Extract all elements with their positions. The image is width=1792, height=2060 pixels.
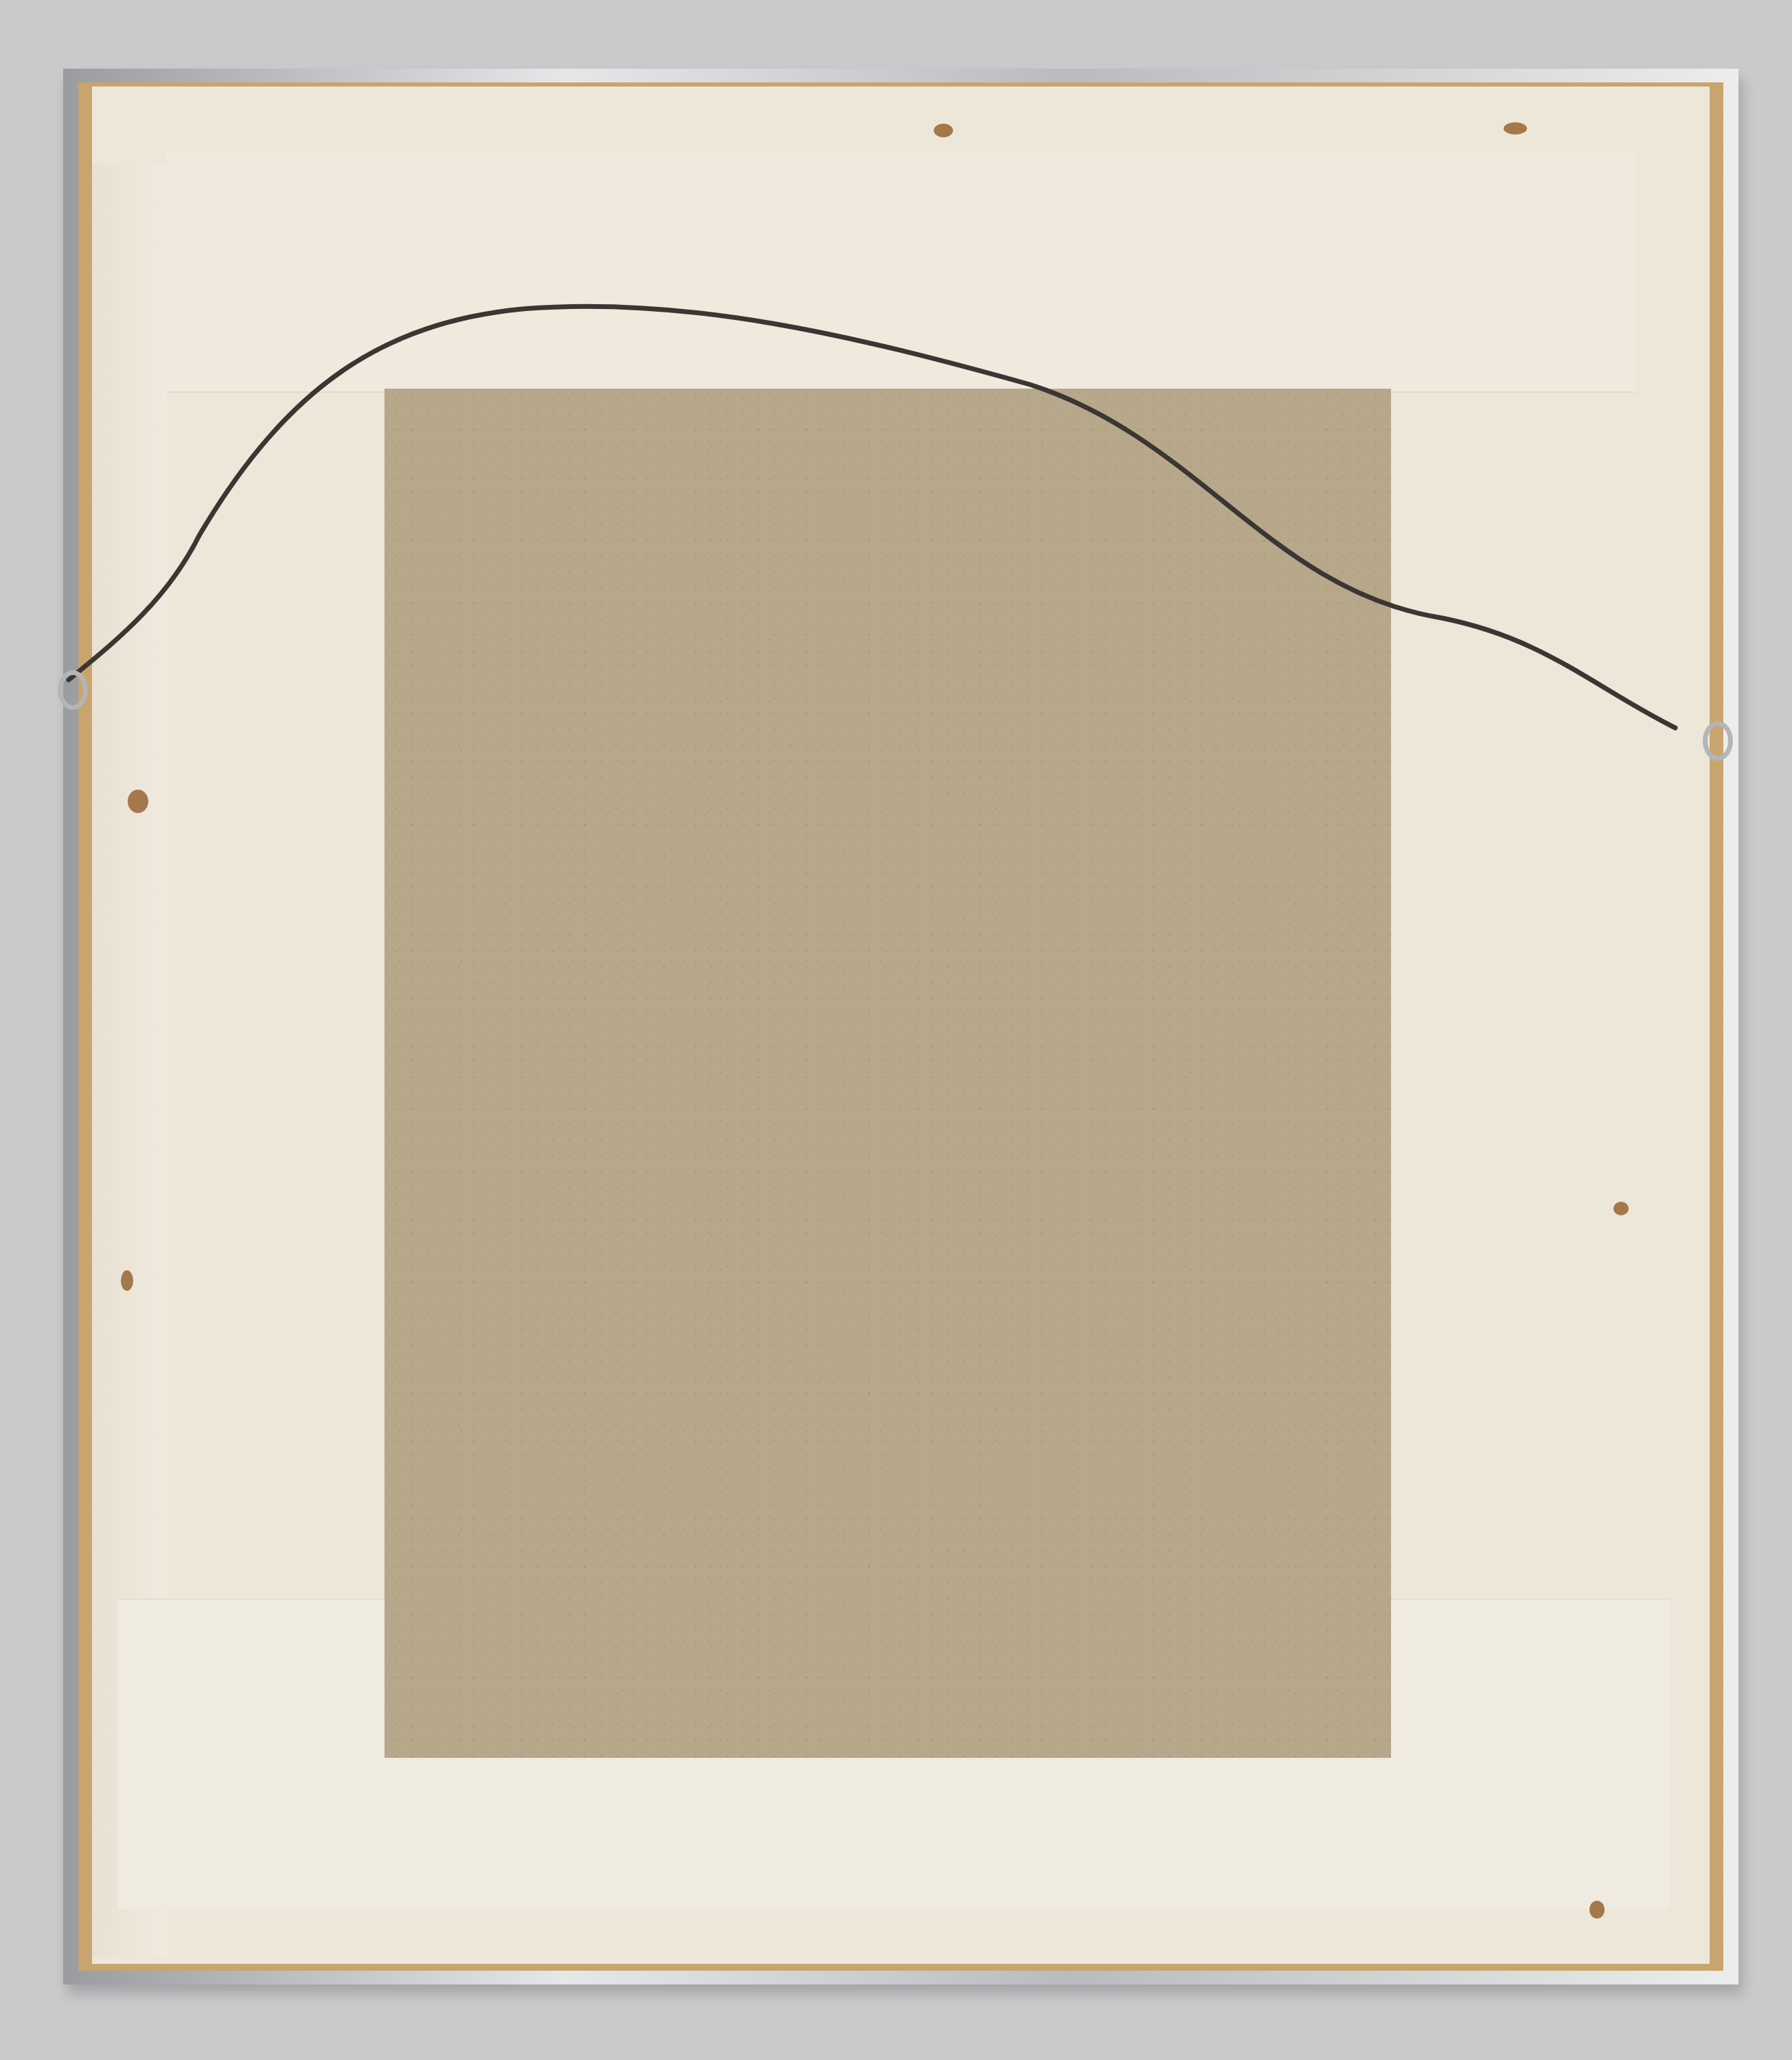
right-eye-hook	[1703, 721, 1733, 761]
hanging-wire	[0, 0, 1792, 2060]
left-eye-hook	[58, 670, 88, 710]
